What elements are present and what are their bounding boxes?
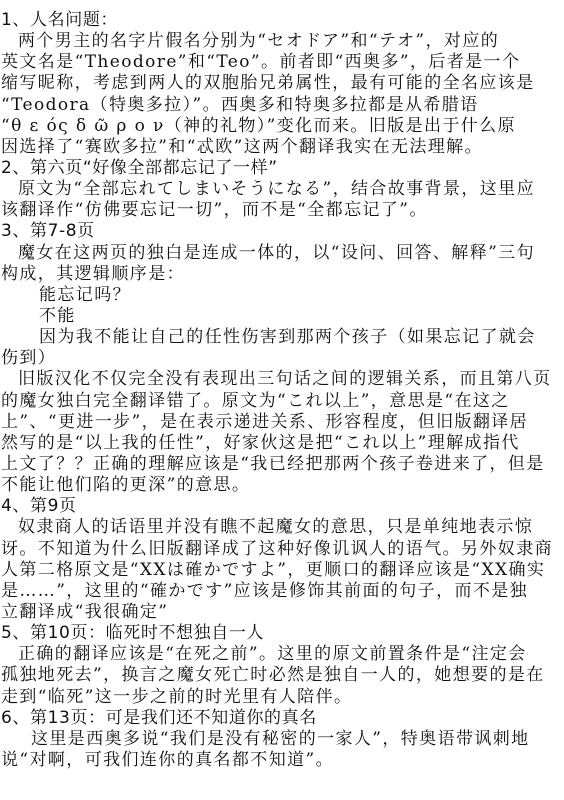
paragraph-line: “θ ε ός δ ῶ ρ ο ν（神的礼物）”变化而来。旧版是出于什么原	[1, 116, 564, 137]
logic-step-reason: 因为我不能让自己的任性伤害到那两个孩子（如果忘记了就会	[1, 327, 564, 348]
paragraph-line: 立翻译成“我很确定”	[1, 602, 564, 623]
paragraph-line: 旧版汉化不仅完全没有表现出三句话之间的逻辑关系，而且第八页	[1, 369, 564, 390]
section-3-heading: 3、第7-8页	[1, 221, 564, 242]
document-page: 1、人名问题： 两个男主的名字片假名分别为“セオドア”和“テオ”，对应的 英文名…	[1, 10, 564, 771]
paragraph-line: 构成，其逻辑顺序是：	[1, 264, 564, 285]
paragraph-line: 的魔女独白完全翻译错了。原文为“これ以上”，意思是“在这之	[1, 391, 564, 412]
paragraph-line: 魔女在这两页的独白是连成一体的，以“设问、回答、解释”三句	[1, 243, 564, 264]
paragraph-line: 孤独地死去”，换言之魔女死亡时必然是独自一人的，她想要的是在	[1, 665, 564, 686]
paragraph-line: 因选择了“赛欧多拉”和“忒欧”这两个翻译我实在无法理解。	[1, 137, 564, 158]
section-1-heading: 1、人名问题：	[1, 10, 564, 31]
section-4-heading: 4、第9页	[1, 496, 564, 517]
paragraph-line: 两个男主的名字片假名分别为“セオドア”和“テオ”，对应的	[1, 31, 564, 52]
section-5-heading: 5、第10页：临死时不想独自一人	[1, 623, 564, 644]
paragraph-line: 走到“临死”这一步之前的时光里有人陪伴。	[1, 687, 564, 708]
paragraph-line: 伤到）	[1, 348, 564, 369]
paragraph-line: 缩写昵称，考虑到两人的双胞胎兄弟属性，最有可能的全名应该是	[1, 73, 564, 94]
paragraph-line: 然写的是“以上我的任性”，好家伙这是把“これ以上”理解成指代	[1, 433, 564, 454]
paragraph-line: 上”、“更进一步”，是在表示递进关系、形容程度，但旧版翻译居	[1, 412, 564, 433]
section-6-heading: 6、第13页：可是我们还不知道你的真名	[1, 708, 564, 729]
paragraph-line: 这里是西奥多说“我们是没有秘密的一家人”，特奥语带讽刺地	[1, 729, 564, 750]
logic-step-question: 能忘记吗？	[1, 285, 564, 306]
paragraph-line: 英文名是“Theodore”和“Teo”。前者即“西奥多”，后者是一个	[1, 52, 564, 73]
paragraph-line: 上文了？？正确的理解应该是“我已经把那两个孩子卷进来了，但是	[1, 454, 564, 475]
paragraph-line: 正确的翻译应该是“在死之前”。这里的原文前置条件是“注定会	[1, 644, 564, 665]
paragraph-line: 不能让他们陷的更深”的意思。	[1, 475, 564, 496]
paragraph-line: 人第二格原文是“XXは確かですよ”，更顺口的翻译应该是“XX确实	[1, 560, 564, 581]
section-2-heading: 2、第六页“好像全部都忘记了一样”	[1, 158, 564, 179]
paragraph-line: 原文为“全部忘れてしまいそうになる”，结合故事背景，这里应	[1, 179, 564, 200]
paragraph-line: 是……”，这里的“確かです”应该是修饰其前面的句子，而不是独	[1, 581, 564, 602]
logic-step-answer: 不能	[1, 306, 564, 327]
paragraph-line: 说“对啊，可我们连你的真名都不知道”。	[1, 750, 564, 771]
paragraph-line: 奴隶商人的话语里并没有瞧不起魔女的意思，只是单纯地表示惊	[1, 517, 564, 538]
paragraph-line: “Teodora（特奥多拉）”。西奥多和特奥多拉都是从希腊语	[1, 95, 564, 116]
paragraph-line: 该翻译作“仿佛要忘记一切”，而不是“全都忘记了”。	[1, 200, 564, 221]
paragraph-line: 讶。不知道为什么旧版翻译成了这种好像讥讽人的语气。另外奴隶商	[1, 539, 564, 560]
